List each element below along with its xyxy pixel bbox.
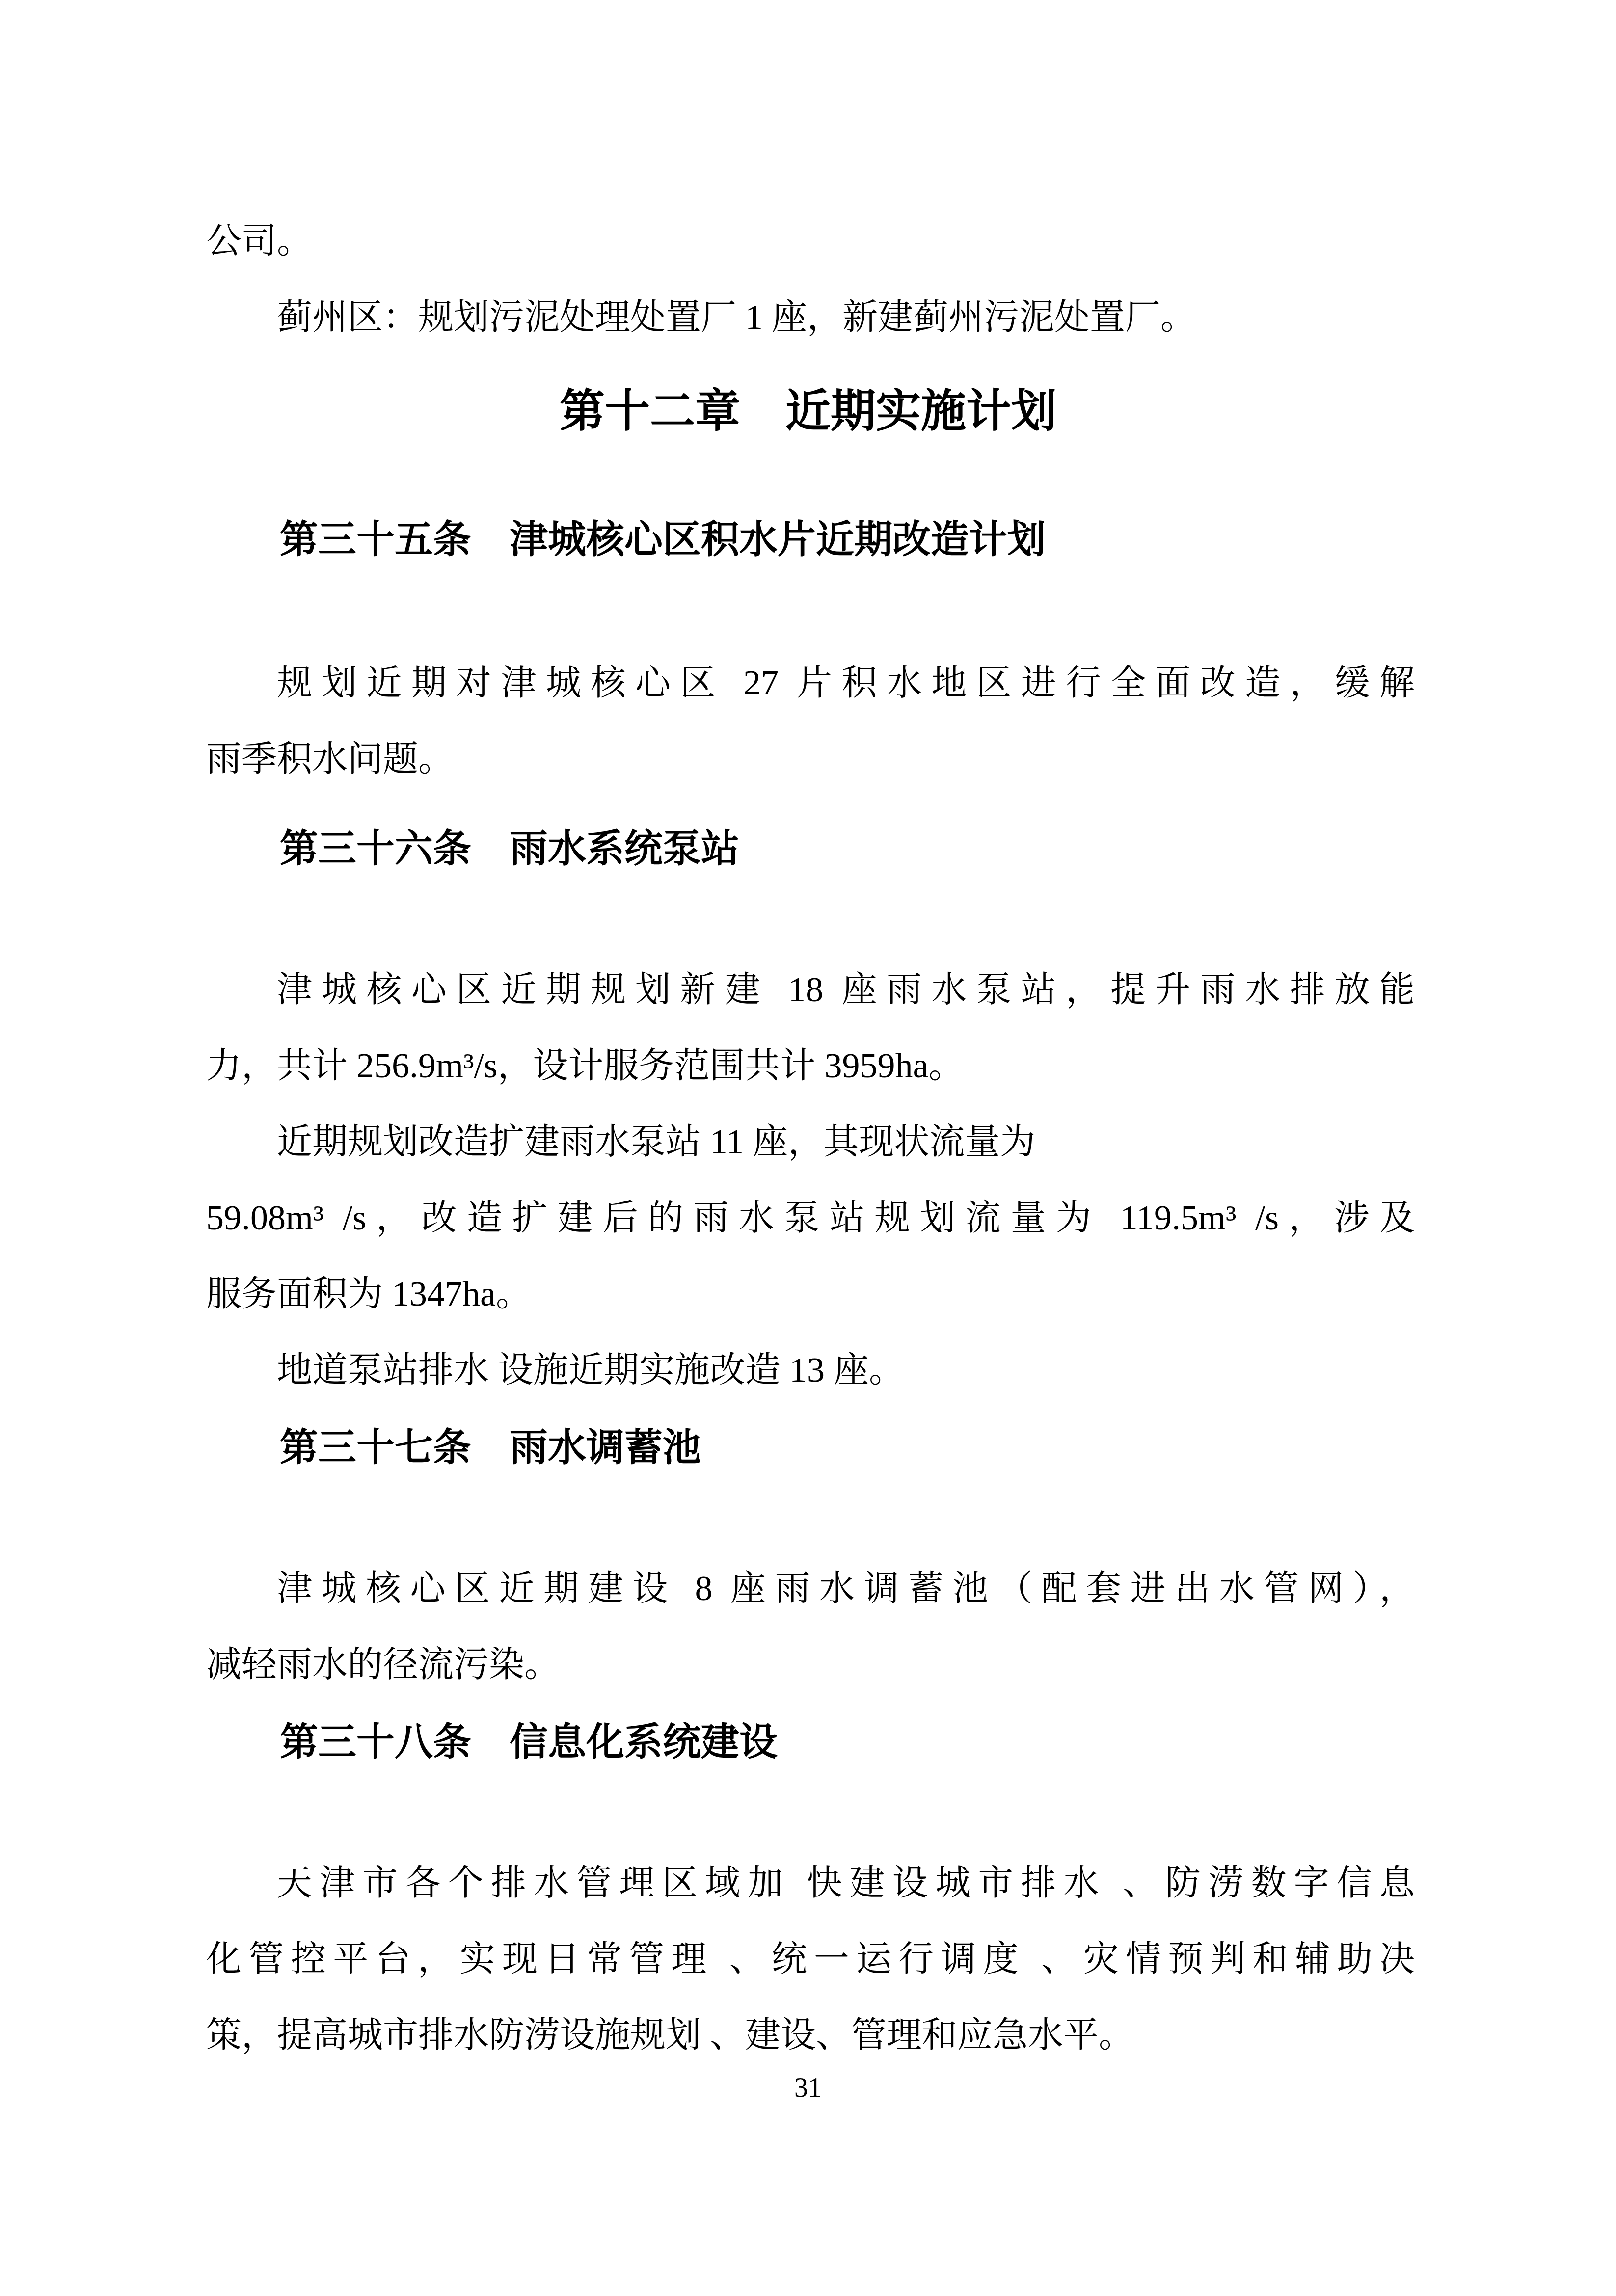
page-number: 31	[0, 2072, 1616, 2104]
para-36b-line-2: 59.08m³ /s，改造扩建后的雨水泵站规划流量为 119.5m³ /s，涉及	[206, 1198, 1415, 1238]
chapter-heading: 第十二章 近期实施计划	[0, 385, 1616, 437]
para-36c-line-1: 地道泵站排水 设施近期实施改造 13 座。	[206, 1350, 1415, 1390]
paragraph-line-jizhou: 蓟州区：规划污泥处理处置厂 1 座，新建蓟州污泥处置厂。	[206, 297, 1415, 338]
paragraph-line-company: 公司。	[206, 221, 1415, 262]
para-37-line-1: 津城核心区近期建设 8 座雨水调蓄池（配套进出水管网），	[206, 1568, 1415, 1609]
para-36b-line-1: 近期规划改造扩建雨水泵站 11 座，其现状流量为	[206, 1121, 1415, 1162]
para-38-line-1: 天津市各个排水管理区域加 快建设城市排水 、防涝数字信息	[206, 1863, 1415, 1903]
heading-article-36: 第三十六条 雨水系统泵站	[206, 827, 1415, 871]
para-38-line-2: 化管控平台，实现日常管理 、统一运行调度 、灾情预判和辅助决	[206, 1939, 1415, 1979]
document-page: 公司。 蓟州区：规划污泥处理处置厂 1 座，新建蓟州污泥处置厂。 第十二章 近期…	[0, 0, 1616, 2296]
para-36a-line-2: 力，共计 256.9m³/s，设计服务范围共计 3959ha。	[206, 1045, 1415, 1086]
para-36a-line-1: 津城核心区近期规划新建 18 座雨水泵站，提升雨水排放能	[206, 969, 1415, 1010]
para-35-line-2: 雨季积水问题。	[206, 739, 1415, 779]
para-35-line-1: 规划近期对津城核心区 27 片积水地区进行全面改造，缓解	[206, 663, 1415, 703]
heading-article-35: 第三十五条 津城核心区积水片近期改造计划	[206, 518, 1415, 562]
heading-article-38: 第三十八条 信息化系统建设	[206, 1720, 1415, 1764]
para-37-line-2: 减轻雨水的径流污染。	[206, 1644, 1415, 1685]
heading-article-37: 第三十七条 雨水调蓄池	[206, 1426, 1415, 1470]
para-36b-line-3: 服务面积为 1347ha。	[206, 1274, 1415, 1314]
para-38-line-3: 策，提高城市排水防涝设施规划 、建设、管理和应急水平。	[206, 2015, 1415, 2056]
